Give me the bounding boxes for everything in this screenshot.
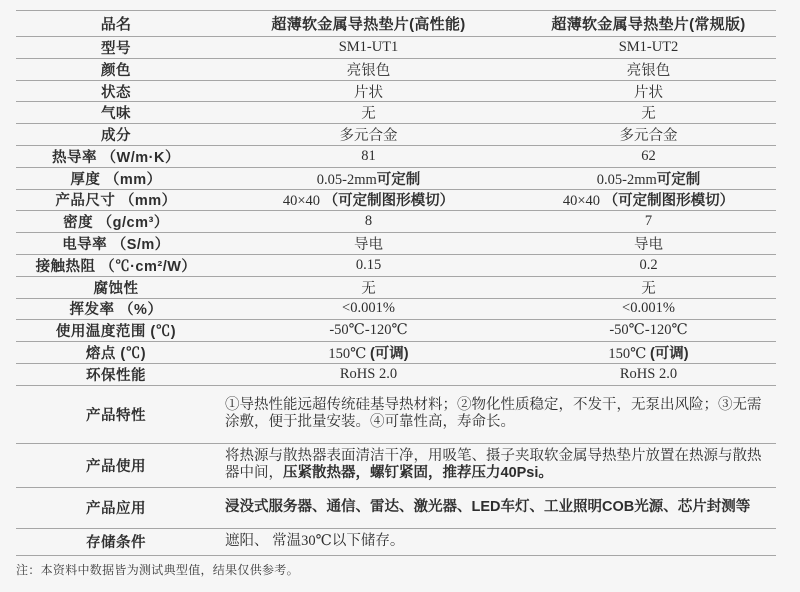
row-label: 熔点 (℃) [16, 342, 216, 363]
header-product-high-performance: 超薄软金属导热垫片(高性能) [216, 13, 521, 34]
row-label: 使用温度范围 (℃) [16, 320, 216, 341]
row-value-1: 多元合金 [216, 124, 521, 145]
row-value-1: 0.05-2mm可定制 [216, 168, 521, 189]
row-label: 产品特性 [16, 404, 216, 425]
row-label: 产品应用 [16, 497, 216, 518]
row-value-2: -50℃-120℃ [521, 322, 776, 339]
row-label: 存储条件 [16, 531, 216, 552]
row-label: 热导率 （W/m·K） [16, 146, 216, 167]
spec-table: 品名 超薄软金属导热垫片(高性能) 超薄软金属导热垫片(常规版) 型号 SM1-… [16, 10, 776, 556]
value-text: 150℃ [328, 346, 370, 362]
table-row-corrosiveness: 腐蚀性 无 无 [16, 277, 776, 299]
header-product-name-label: 品名 [16, 13, 216, 34]
row-value-1: 无 [216, 277, 521, 298]
row-label: 密度 （g/cm³） [16, 211, 216, 232]
table-row-melting-point: 熔点 (℃) 150℃ (可调) 150℃ (可调) [16, 342, 776, 364]
usage-bold-text: 压紧散热器，螺钉紧固，推荐压力40Psi。 [283, 465, 553, 481]
table-row-electrical-conductivity: 电导率 （S/m） 导电 导电 [16, 233, 776, 255]
table-row-product-usage: 产品使用 将热源与散热器表面清洁干净，用吸笔、摄子夹取软金属导热垫片放置在热源与… [16, 444, 776, 488]
row-content: 浸没式服务器、通信、雷达、激光器、LED车灯、工业照明COB光源、芯片封测等 [216, 497, 776, 518]
table-row-composition: 成分 多元合金 多元合金 [16, 124, 776, 146]
row-value-1: 导电 [216, 233, 521, 254]
table-row-contact-resistance: 接触热阻 （℃·cm²/W） 0.15 0.2 [16, 255, 776, 277]
table-row-color: 颜色 亮银色 亮银色 [16, 59, 776, 81]
table-row-density: 密度 （g/cm³） 8 7 [16, 211, 776, 233]
row-label: 厚度 （mm） [16, 168, 216, 189]
value-text: 0.05-2mm [317, 172, 377, 188]
row-label: 接触热阻 （℃·cm²/W） [16, 255, 216, 276]
row-value-2: 0.2 [521, 257, 776, 274]
row-value-2: 0.05-2mm可定制 [521, 168, 776, 189]
value-bold-text: 可定制 [657, 172, 701, 188]
row-value-1: RoHS 2.0 [216, 366, 521, 383]
row-value-2: RoHS 2.0 [521, 366, 776, 383]
row-label: 产品尺寸 （mm） [16, 189, 216, 210]
value-bold-text: （可定制图形模切） [604, 193, 735, 209]
value-text: 40×40 [283, 193, 324, 209]
row-label: 挥发率 （%） [16, 298, 216, 319]
row-value-2: 7 [521, 213, 776, 230]
table-row-temperature-range: 使用温度范围 (℃) -50℃-120℃ -50℃-120℃ [16, 320, 776, 342]
row-value-1: 无 [216, 102, 521, 123]
row-value-1: 81 [216, 148, 521, 165]
header-product-standard: 超薄软金属导热垫片(常规版) [521, 13, 776, 34]
table-row-product-applications: 产品应用 浸没式服务器、通信、雷达、激光器、LED车灯、工业照明COB光源、芯片… [16, 488, 776, 529]
row-value-1: 片状 [216, 81, 521, 102]
table-row-thermal-conductivity: 热导率 （W/m·K） 81 62 [16, 146, 776, 168]
row-value-1: 150℃ (可调) [216, 342, 521, 363]
row-value-2: SM1-UT2 [521, 39, 776, 56]
row-label: 电导率 （S/m） [16, 233, 216, 254]
row-label: 气味 [16, 102, 216, 123]
footnote: 注：本资料中数据皆为测试典型值，结果仅供参考。 [16, 561, 800, 578]
table-row-storage-conditions: 存储条件 遮阳、 常温30℃以下储存。 [16, 529, 776, 556]
row-value-1: 40×40 （可定制图形模切） [216, 189, 521, 210]
table-row-volatility: 挥发率 （%） <0.001% <0.001% [16, 299, 776, 321]
row-value-1: 亮银色 [216, 59, 521, 80]
row-value-2: 150℃ (可调) [521, 342, 776, 363]
table-row-odor: 气味 无 无 [16, 102, 776, 124]
value-bold-text: （可定制图形模切） [324, 193, 455, 209]
value-text: 150℃ [608, 346, 650, 362]
table-header-row: 品名 超薄软金属导热垫片(高性能) 超薄软金属导热垫片(常规版) [16, 10, 776, 37]
row-label: 产品使用 [16, 455, 216, 476]
row-value-2: <0.001% [521, 300, 776, 317]
value-bold-text: (可调) [370, 346, 409, 362]
row-value-2: 40×40 （可定制图形模切） [521, 189, 776, 210]
row-label: 状态 [16, 81, 216, 102]
value-bold-text: 可定制 [377, 172, 421, 188]
row-label: 颜色 [16, 59, 216, 80]
row-value-2: 无 [521, 277, 776, 298]
row-label: 成分 [16, 124, 216, 145]
row-content: 将热源与散热器表面清洁干净，用吸笔、摄子夹取软金属导热垫片放置在热源与散热器中间… [216, 446, 776, 485]
row-value-2: 无 [521, 102, 776, 123]
row-value-1: 8 [216, 213, 521, 230]
row-content: 遮阳、 常温30℃以下储存。 [216, 531, 776, 552]
row-value-1: SM1-UT1 [216, 39, 521, 56]
row-value-2: 片状 [521, 81, 776, 102]
table-row-product-features: 产品特性 ①导热性能远超传统硅基导热材料；②物化性质稳定，不发干，无泵出风险；③… [16, 386, 776, 444]
row-value-1: -50℃-120℃ [216, 322, 521, 339]
row-value-2: 62 [521, 148, 776, 165]
row-value-2: 多元合金 [521, 124, 776, 145]
table-row-thickness: 厚度 （mm） 0.05-2mm可定制 0.05-2mm可定制 [16, 168, 776, 190]
value-text: 0.05-2mm [597, 172, 657, 188]
table-row-model: 型号 SM1-UT1 SM1-UT2 [16, 37, 776, 59]
row-value-2: 亮银色 [521, 59, 776, 80]
row-value-2: 导电 [521, 233, 776, 254]
row-content: ①导热性能远超传统硅基导热材料；②物化性质稳定，不发干，无泵出风险；③无需涂敷，… [216, 395, 776, 434]
row-value-1: <0.001% [216, 300, 521, 317]
value-bold-text: (可调) [650, 346, 689, 362]
table-row-environmental: 环保性能 RoHS 2.0 RoHS 2.0 [16, 364, 776, 386]
row-value-1: 0.15 [216, 257, 521, 274]
table-row-state: 状态 片状 片状 [16, 81, 776, 103]
row-label: 型号 [16, 37, 216, 58]
table-row-size: 产品尺寸 （mm） 40×40 （可定制图形模切） 40×40 （可定制图形模切… [16, 190, 776, 212]
value-text: 40×40 [563, 193, 604, 209]
row-label: 腐蚀性 [16, 277, 216, 298]
row-label: 环保性能 [16, 364, 216, 385]
